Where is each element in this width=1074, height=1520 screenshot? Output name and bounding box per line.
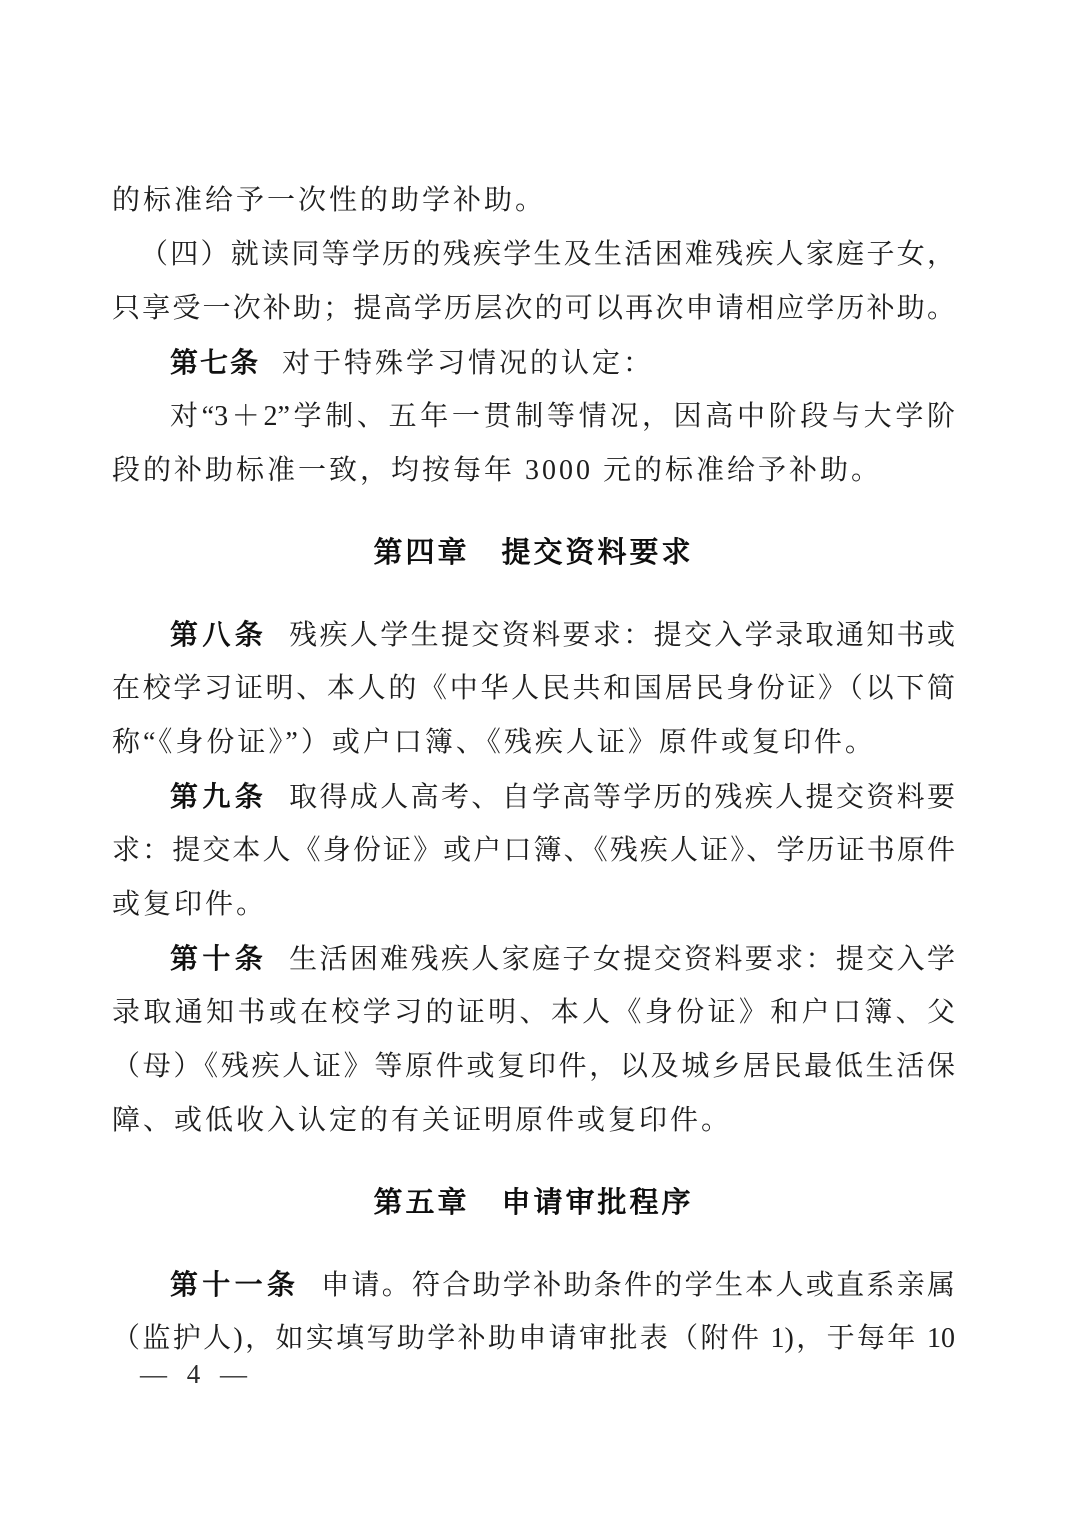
document-line: 第十一条申请。符合助学补助条件的学生本人或直系亲属 <box>112 1258 955 1312</box>
line-text: 对“3＋2”学制、五年一贯制等情况，因高中阶段与大学阶 <box>170 401 955 432</box>
article-term: 第七条 <box>170 347 260 378</box>
line-text: 生活困难残疾人家庭子女提交资料要求：提交入学 <box>289 944 955 975</box>
document-page: 的标准给予一次性的助学补助。（四）就读同等学历的残疾学生及生活困难残疾人家庭子女… <box>0 0 1074 1520</box>
document-line: 第八条残疾人学生提交资料要求：提交入学录取通知书或 <box>112 608 955 662</box>
text-block: 的标准给予一次性的助学补助。（四）就读同等学历的残疾学生及生活困难残疾人家庭子女… <box>112 174 955 1366</box>
document-line: 对“3＋2”学制、五年一贯制等情况，因高中阶段与大学阶 <box>112 390 955 444</box>
chapter-heading: 第五章 申请审批程序 <box>112 1176 955 1230</box>
line-text: 残疾人学生提交资料要求：提交入学录取通知书或 <box>289 620 955 651</box>
article-term: 第八条 <box>170 619 267 650</box>
line-text: 障、或低收入认定的有关证明原件或复印件。 <box>112 1105 732 1136</box>
document-line: 的标准给予一次性的助学补助。 <box>112 174 955 228</box>
line-text: 求：提交本人《身份证》或户口簿、《残疾人证》、学历证书原件 <box>112 835 955 866</box>
page-number: — 4 — <box>140 1354 249 1394</box>
document-line: 段的补助标准一致，均按每年 3000 元的标准给予补助。 <box>112 444 955 498</box>
document-line: 第七条对于特殊学习情况的认定： <box>112 336 955 390</box>
article-term: 第十条 <box>170 943 267 974</box>
line-text: 申请。符合助学补助条件的学生本人或直系亲属 <box>321 1270 955 1301</box>
article-term: 第十一条 <box>170 1269 299 1300</box>
line-text: （四）就读同等学历的残疾学生及生活困难残疾人家庭子女， <box>140 239 955 270</box>
line-text: 对于特殊学习情况的认定： <box>282 348 654 379</box>
article-term: 第九条 <box>170 781 267 812</box>
line-text: （监护人)，如实填写助学补助申请审批表（附件 1)，于每年 10 <box>112 1323 955 1354</box>
line-text: 在校学习证明、本人的《中华人民共和国居民身份证》（以下简 <box>112 673 955 704</box>
line-text: （母）《残疾人证》等原件或复印件，以及城乡居民最低生活保 <box>112 1051 955 1082</box>
line-text: 只享受一次补助；提高学历层次的可以再次申请相应学历补助。 <box>112 293 955 324</box>
document-line: 在校学习证明、本人的《中华人民共和国居民身份证》（以下简 <box>112 662 955 716</box>
document-line: （母）《残疾人证》等原件或复印件，以及城乡居民最低生活保 <box>112 1040 955 1094</box>
document-line: 求：提交本人《身份证》或户口簿、《残疾人证》、学历证书原件 <box>112 824 955 878</box>
document-line: 称“《身份证》”）或户口簿、《残疾人证》原件或复印件。 <box>112 716 955 770</box>
line-text: 的标准给予一次性的助学补助。 <box>112 185 546 216</box>
document-line: 或复印件。 <box>112 878 955 932</box>
chapter-heading: 第四章 提交资料要求 <box>112 526 955 580</box>
line-text: 或复印件。 <box>112 889 267 920</box>
line-text: 录取通知书或在校学习的证明、本人《身份证》和户口簿、父 <box>112 997 955 1028</box>
line-text: 取得成人高考、自学高等学历的残疾人提交资料要 <box>289 782 955 813</box>
document-line: 障、或低收入认定的有关证明原件或复印件。 <box>112 1094 955 1148</box>
document-line: （四）就读同等学历的残疾学生及生活困难残疾人家庭子女， <box>112 228 955 282</box>
document-line: 第九条取得成人高考、自学高等学历的残疾人提交资料要 <box>112 770 955 824</box>
line-text: 段的补助标准一致，均按每年 3000 元的标准给予补助。 <box>112 455 882 486</box>
line-text: 称“《身份证》”）或户口簿、《残疾人证》原件或复印件。 <box>112 727 876 758</box>
document-line: 只享受一次补助；提高学历层次的可以再次申请相应学历补助。 <box>112 282 955 336</box>
document-line: 第十条生活困难残疾人家庭子女提交资料要求：提交入学 <box>112 932 955 986</box>
document-line: 录取通知书或在校学习的证明、本人《身份证》和户口簿、父 <box>112 986 955 1040</box>
